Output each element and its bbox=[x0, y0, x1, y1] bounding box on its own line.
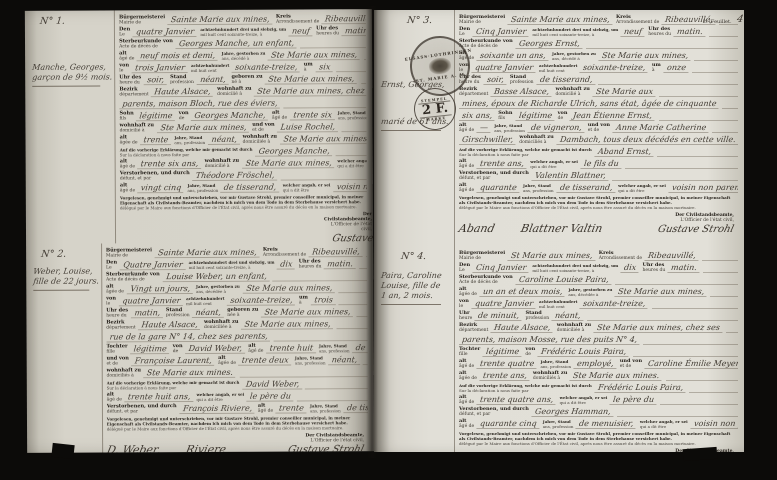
printed-label-french: le bbox=[119, 68, 129, 73]
printed-label-french: heures du bbox=[648, 32, 671, 37]
form-line: vonletrois Janvierachtzehnhundertmil hui… bbox=[119, 61, 366, 73]
printed-label: achtzehnhundert drei und siebzig, ummil … bbox=[200, 28, 286, 37]
printed-label: Sterbeurkunde vonActe de décès de bbox=[106, 272, 160, 282]
printed-label: altâgé de bbox=[120, 183, 135, 193]
form-line: rue de la gare N° 14, chez ses parents, bbox=[106, 330, 367, 342]
printed-label-french: profession bbox=[170, 80, 194, 85]
handwritten-entry: trois bbox=[310, 295, 336, 305]
printed-label: Standprofession bbox=[170, 75, 194, 85]
printed-label: wohnhaft zudomicilié à bbox=[205, 159, 240, 169]
printed-label-french: Acte de décès de bbox=[459, 280, 513, 285]
printed-label-french: âgé de bbox=[120, 188, 135, 193]
record-margin-notes: N° 2.Weber, Louise,fille de 22 jours. bbox=[26, 244, 102, 453]
signature-row: AbandBlattner ValtinDer Civilstandsbeamt… bbox=[459, 213, 738, 235]
witness-signature: D. Weber, bbox=[106, 443, 162, 453]
form-line: altâgé detrente six ans,wohnhaft zudomic… bbox=[120, 157, 367, 169]
handwritten-entry: trente huit ans, bbox=[124, 392, 194, 402]
ruled-line bbox=[689, 383, 738, 393]
witness-signature: Aband bbox=[458, 222, 496, 235]
printed-label: umà bbox=[299, 295, 308, 305]
handwritten-entry: Georges Manche, un enfant, bbox=[175, 38, 297, 49]
death-record: N° 4.Paira, CarolineLouise, fille de1 an… bbox=[374, 246, 744, 452]
handwritten-entry: Vingt un jours, bbox=[126, 284, 193, 294]
printed-label: achtzehnhundert drei und siebzig, ummil … bbox=[189, 261, 275, 270]
officer-signature: Gustave Strohl bbox=[287, 444, 365, 453]
handwritten-entry: Ste Marie aux mines. bbox=[279, 134, 366, 144]
form-line: TochterfillelégitimevondeDavid Weber,alt… bbox=[106, 342, 367, 354]
handwritten-entry: Aband Ernst, bbox=[594, 147, 654, 157]
handwritten-entry: le fils du bbox=[580, 159, 622, 169]
form-line: altâgé desoixante un ans,Jahre, gestorbe… bbox=[459, 50, 738, 61]
sheet-label-text: 2. (Feuillet. bbox=[703, 19, 732, 25]
printed-label: BürgermeistereiMairie de bbox=[459, 251, 505, 261]
printed-label-french: mil huit cent soixante-treize, à bbox=[200, 32, 286, 37]
form-line: DenLeCinq Janvierachtzehnhundert drei un… bbox=[459, 26, 738, 37]
printed-label-french: domiciliée à bbox=[557, 328, 591, 333]
form-line: BürgermeistereiMairie deSainte Marie aux… bbox=[119, 13, 366, 25]
officer-signature-block: Der Civilstandsbeamte,L'Officier de l'ét… bbox=[288, 433, 364, 453]
printed-label: altâgée de bbox=[106, 284, 124, 294]
form-line: altâgé detrente quatreJahre, Standans, p… bbox=[459, 358, 738, 369]
ruled-line bbox=[660, 395, 738, 405]
handwritten-entry: de tisserand, bbox=[221, 183, 281, 193]
ruled-line bbox=[657, 147, 738, 157]
printed-label-french: de bbox=[173, 349, 183, 354]
printed-label: Uhr desheures du bbox=[316, 26, 339, 36]
handwritten-entry: légitime bbox=[483, 347, 523, 357]
handwritten-entry: légitime bbox=[136, 111, 176, 121]
form-line: Auf die vorherige Erklärung, welche mir … bbox=[107, 378, 368, 390]
margin-note-line: garçon de 9½ mois. bbox=[32, 72, 113, 82]
record-form: BürgermeistereiMairie deSainte Marie aux… bbox=[114, 9, 373, 243]
printed-label: Standprofession bbox=[525, 311, 549, 321]
printed-label: achtzehnhundert drei und siebzig, ummil … bbox=[532, 264, 618, 273]
handwritten-entry: de tisserand, bbox=[343, 403, 368, 413]
printed-label: Verstorbenen, und durchdéfunt, et par bbox=[459, 171, 529, 181]
handwritten-entry: Ribeauvillé, bbox=[644, 251, 699, 261]
printed-label: Auf die vorherige Erklärung, welche mir … bbox=[459, 384, 592, 393]
printed-label: KreisArrondissement de bbox=[276, 14, 319, 24]
printed-label-french: qui a dit être bbox=[283, 188, 331, 193]
closing-french: délégué par le Maire aux fonctions d'Off… bbox=[459, 441, 738, 446]
form-line: Uhrheurede minuit,Standprofessionnéant, bbox=[459, 310, 738, 321]
handwritten-entry: néant, bbox=[328, 355, 361, 365]
handwritten-entry: six bbox=[315, 62, 333, 72]
form-line: parents, maison Bloch, rue des éviers, bbox=[119, 97, 366, 109]
printed-label: achtzehnhundert drei und siebzig, ummil … bbox=[532, 28, 618, 37]
printed-label: Jahre, Standans, profession bbox=[523, 184, 554, 193]
record-margin-notes: N° 1.Manche, Georges,garçon de 9½ mois. bbox=[25, 10, 115, 243]
ruled-line bbox=[337, 319, 368, 329]
printed-label-french: heure du bbox=[106, 313, 128, 318]
printed-label: Uhr desheures du bbox=[299, 259, 322, 269]
printed-label: Bezirkdépartement bbox=[106, 320, 135, 330]
ruled-line bbox=[341, 122, 366, 132]
form-line: Verstorbenen, und durchdéfunt, et parGeo… bbox=[459, 406, 738, 417]
margin-note-line: 1 an, 2 mois. bbox=[380, 291, 452, 301]
form-line: altâgé detrente huit ans,welcher angab, … bbox=[107, 390, 368, 402]
printed-label-french: âgée de bbox=[459, 376, 477, 381]
handwritten-entry: trente bbox=[140, 135, 172, 145]
closing-formula: Vorgelesen, genehmigt und unterschrieben… bbox=[120, 194, 367, 210]
ruled-line bbox=[666, 371, 738, 381]
printed-label: und vonet de bbox=[620, 359, 642, 369]
printed-label: altâgé de bbox=[459, 419, 474, 429]
printed-label-french: ans, décédé à bbox=[552, 57, 596, 62]
printed-label: Standprofession bbox=[166, 308, 190, 318]
form-line: six ans,SohnfilslégitimevondeJean Étienn… bbox=[459, 110, 738, 121]
ruled-line bbox=[712, 123, 738, 133]
printed-label-french: fille bbox=[459, 352, 480, 357]
record-number: N° 1. bbox=[31, 16, 112, 26]
printed-label: vonle bbox=[106, 296, 116, 306]
form-line: BezirkdépartementHaute Alsace,wohnhaft z… bbox=[119, 85, 366, 97]
printed-label: Sohnfils bbox=[119, 111, 133, 121]
printed-label: welcher angab, er seiqui a dit être bbox=[530, 160, 578, 169]
printed-label-french: fils bbox=[498, 116, 512, 121]
printed-label: geboren zunée à bbox=[227, 308, 258, 318]
form-line: DenLeCinq Janvierachtzehnhundert drei un… bbox=[459, 262, 738, 273]
printed-label-french: profession bbox=[510, 80, 534, 85]
printed-label-french: ans, profession bbox=[338, 116, 367, 121]
printed-label: Jahre, Standans, profession bbox=[295, 356, 326, 365]
handwritten-entry: trente quatre ans, bbox=[477, 395, 558, 405]
handwritten-entry: Cinq Janvier bbox=[473, 263, 530, 273]
printed-label: Bezirkdépartement bbox=[119, 87, 148, 97]
officer-signature-block: Der Civilstandsbeamte,L'Officier de l'ét… bbox=[324, 212, 372, 244]
printed-label: achtzehnhundertmil huit cent bbox=[539, 64, 577, 73]
printed-label-french: heures du bbox=[316, 31, 339, 36]
ruled-line bbox=[338, 295, 367, 305]
signature-row: D. Weber,RiviereDer Civilstandsbeamte,L'… bbox=[107, 433, 368, 453]
printed-label: altâgé de bbox=[272, 111, 287, 121]
printed-label: Jahre, Standans, profession bbox=[338, 111, 367, 120]
handwritten-entry: Ste Marie aux mines, bbox=[156, 123, 249, 133]
printed-label: altâgée de bbox=[218, 356, 236, 366]
printed-label-french: Le bbox=[459, 32, 470, 37]
handwritten-entry: St Marie aux mines, bbox=[508, 251, 597, 261]
printed-label-french: de bbox=[179, 116, 189, 121]
printed-label: welcher angab, er seiqui a dit être bbox=[196, 393, 244, 402]
handwritten-entry: mines, époux de Richarde Ulrich, sans ét… bbox=[459, 99, 720, 109]
form-line: BürgermeistereiMairie deSainte Marie aux… bbox=[106, 246, 367, 258]
record-number: N° 4. bbox=[380, 252, 452, 262]
printed-label: Tochterfille bbox=[459, 347, 480, 357]
handwritten-entry: neuf bbox=[621, 27, 646, 37]
handwritten-entry: Haute Alsace, bbox=[151, 87, 215, 97]
handwritten-entry: un an et deux mois, bbox=[479, 287, 566, 297]
printed-label: achtzehnhundertmil huit cent bbox=[191, 64, 229, 73]
printed-label-french: domiciliée à bbox=[243, 140, 277, 145]
handwritten-entry: soixante-treize, bbox=[580, 299, 650, 309]
handwritten-entry: soixante un ans, bbox=[477, 51, 550, 61]
form-line: vonlequatre Janvierachtzehnhundertmil hu… bbox=[459, 62, 738, 73]
margin-rule bbox=[381, 304, 441, 305]
printed-label-french: Mairie de bbox=[459, 256, 505, 261]
handwritten-entry: Ste Marie aux mines, bbox=[261, 307, 354, 317]
handwritten-entry: trente ans, bbox=[477, 159, 528, 169]
closing-german: Vorgelesen, genehmigt und unterschrieben… bbox=[459, 431, 738, 441]
printed-label: wohnhaft zudomicilié à bbox=[217, 87, 252, 97]
handwritten-entry: Louise Weber, un enfant, bbox=[162, 272, 270, 283]
handwritten-entry: matin. bbox=[324, 259, 357, 269]
printed-label: KreisArrondissement de bbox=[263, 247, 306, 257]
handwritten-entry: Ste Marie aux mines, bbox=[241, 319, 334, 329]
printed-label-french: Mairie de bbox=[459, 20, 505, 25]
ruled-line bbox=[297, 391, 368, 401]
printed-label-french: âgé de bbox=[459, 188, 474, 193]
handwritten-entry: neuf bbox=[289, 26, 314, 36]
form-line: mines, époux de Richarde Ulrich, sans ét… bbox=[459, 98, 738, 109]
printed-label-french: heures du bbox=[299, 264, 322, 269]
printed-label: welcher angab, er seiqui a dit être bbox=[560, 396, 608, 405]
handwritten-entry: François Riviere, bbox=[179, 404, 255, 414]
margin-rule bbox=[33, 290, 89, 291]
printed-label-french: ans, profession bbox=[543, 425, 574, 430]
witness-signature: Blattner Valtin bbox=[519, 222, 603, 235]
handwritten-entry: Georges Manche, bbox=[255, 146, 333, 156]
printed-label-french: domicilié à bbox=[205, 164, 239, 169]
ruled-line bbox=[703, 263, 738, 273]
form-line: Uhr desheure dumatin,Standprofessionnéan… bbox=[106, 306, 367, 318]
printed-label-french: domiciliés à bbox=[533, 376, 567, 381]
closing-german: Vorgelesen, genehmigt und unterschrieben… bbox=[459, 195, 738, 205]
printed-label: altâgé de bbox=[459, 359, 474, 369]
printed-label-french: ans, profession bbox=[174, 140, 205, 145]
handwritten-entry: Ste Marie aux mines. bbox=[143, 368, 236, 378]
ruled-line bbox=[710, 287, 738, 297]
printed-label: Uhr desheures du bbox=[648, 27, 671, 37]
handwritten-entry: Ste Marie aux mines, bbox=[615, 287, 708, 297]
form-line: altâgée deun an et deux mois,Jahre, gest… bbox=[459, 286, 738, 297]
printed-label: und vonet de bbox=[252, 123, 274, 133]
printed-label: BürgermeistereiMairie de bbox=[119, 15, 165, 25]
form-line: Sterbeurkunde vonActe de décès deGeorges… bbox=[119, 37, 366, 49]
form-line: Auf die vorherige Erklärung, welche mir … bbox=[459, 146, 738, 157]
handwritten-entry: Ste Marie aux mines, bbox=[598, 51, 691, 61]
handwritten-entry: parents, maison Mosse, rue des puits N° … bbox=[459, 335, 641, 345]
handwritten-entry: soir, bbox=[483, 75, 507, 85]
printed-label: geboren zuné à bbox=[231, 75, 262, 85]
printed-label: Sohnfils bbox=[498, 111, 512, 121]
ruled-line bbox=[633, 347, 738, 357]
handwritten-entry: trente six bbox=[290, 110, 336, 120]
printed-label-french: qui a dit être bbox=[196, 397, 244, 402]
printed-label-french: âgé de bbox=[459, 424, 474, 429]
handwritten-entry: Ribeauvillé, bbox=[322, 14, 366, 24]
handwritten-entry: Sainte Marie aux mines, bbox=[155, 248, 261, 259]
printed-label-french: qui a dit être bbox=[640, 425, 688, 430]
handwritten-entry: Sainte Marie aux mines, bbox=[168, 15, 274, 26]
printed-label-french: ans, profession bbox=[310, 409, 341, 414]
printed-label-french: qui a dit être bbox=[337, 164, 366, 169]
handwritten-entry: Frédéric Louis Paira, bbox=[538, 347, 631, 357]
printed-label-french: née à bbox=[227, 313, 258, 318]
ruled-line bbox=[709, 27, 738, 37]
printed-label: DenLe bbox=[459, 27, 470, 37]
printed-label: Jahre, Standans, profession bbox=[494, 124, 525, 133]
printed-label-french: Arrondissement de bbox=[263, 252, 306, 257]
form-line: altâgé deneuf mois et demi,Jahre, gestor… bbox=[119, 49, 366, 61]
form-line: altâgé detrente ans,welcher angab, er se… bbox=[459, 158, 738, 169]
printed-label-french: ans, profession bbox=[540, 365, 571, 370]
printed-label-french: âgé de bbox=[107, 397, 122, 402]
handwritten-entry: Luise Rochel, bbox=[277, 122, 339, 132]
handwritten-entry: Ste Marie aux mines, bbox=[268, 50, 361, 60]
printed-label-french: âgé de bbox=[459, 164, 474, 169]
handwritten-entry: trente huit bbox=[266, 343, 317, 353]
printed-label: wohnhaft zudomicilié à bbox=[555, 87, 589, 97]
form-line: vonlequatre Janvierachtzehnhundertmil hu… bbox=[459, 298, 738, 309]
printed-label-french: âgé de bbox=[459, 400, 474, 405]
printed-label: Standprofession bbox=[510, 75, 534, 85]
printed-label-french: mil huit cent soixante-treize, à bbox=[189, 265, 275, 270]
printed-label: wohnhaft zudomiciliée à bbox=[204, 320, 239, 330]
handwritten-entry: matin, bbox=[130, 308, 163, 318]
ruled-line bbox=[281, 170, 367, 180]
printed-label-french: âgée de bbox=[218, 361, 236, 366]
printed-label: altâgé de bbox=[258, 404, 273, 414]
ruled-line bbox=[338, 283, 367, 293]
printed-label-french: fils bbox=[120, 116, 134, 121]
form-line: Sterbeurkunde vonActe de décès deGeorges… bbox=[459, 38, 738, 49]
printed-label: KreisArrondissement de bbox=[599, 251, 642, 261]
page-left: N° 1.Manche, Georges,garçon de 9½ mois.B… bbox=[25, 9, 374, 453]
scan-artifact bbox=[683, 447, 718, 461]
form-line: BezirkdépartementHaute Alsace,wohnhaft z… bbox=[459, 322, 738, 333]
printed-label: welcher angab, er seiqui a dit être bbox=[640, 420, 688, 429]
ruled-line bbox=[617, 407, 738, 417]
printed-label: altâgé de bbox=[459, 183, 474, 193]
handwritten-entry: rue de la gare N° 14, chez ses parents, bbox=[106, 332, 271, 343]
printed-label-french: Sur la déclaration à nous faite par bbox=[459, 153, 592, 158]
printed-label-french: domiciliés à bbox=[107, 373, 141, 378]
handwritten-entry: Cinq Janvier bbox=[473, 27, 530, 37]
handwritten-entry: parents, maison Bloch, rue des éviers, bbox=[119, 99, 281, 110]
officer-signature: Gustave Strohl bbox=[657, 224, 735, 235]
printed-label-french: défunt, et par bbox=[459, 176, 529, 181]
handwritten-entry: voisin non parent bbox=[333, 182, 367, 192]
printed-label: Auf die vorherige Erklärung, welche mir … bbox=[459, 148, 592, 157]
printed-label: wohnhaft zudomiciliés à bbox=[106, 368, 141, 378]
printed-label: Tochterfille bbox=[106, 344, 127, 354]
printed-label: vonde bbox=[179, 111, 189, 121]
handwritten-entry: Anne Marie Catherine bbox=[612, 123, 709, 133]
handwritten-entry: Caroline Louise Paira, bbox=[515, 275, 612, 285]
form-line: altâgé devingt cinqJahre, Standans, prof… bbox=[120, 181, 367, 193]
handwritten-entry: employé, bbox=[573, 359, 617, 369]
handwritten-entry: David Weber, bbox=[185, 344, 246, 354]
form-line: Verstorbenen, und durchdéfunt, et parThé… bbox=[120, 169, 367, 181]
handwritten-entry: quarante bbox=[477, 183, 521, 193]
printed-label-french: et de bbox=[620, 364, 642, 369]
ruled-line bbox=[586, 39, 738, 49]
officer-label-german: Der Civilstandsbeamte, bbox=[324, 212, 372, 222]
ruled-line bbox=[598, 75, 738, 85]
printed-label-french: domiciliée à bbox=[204, 325, 238, 330]
printed-label-french: heure du bbox=[119, 80, 141, 85]
handwritten-entry: six ans, bbox=[459, 111, 496, 121]
handwritten-entry: quatre Janvier bbox=[471, 299, 536, 309]
printed-label-french: âgé de bbox=[248, 349, 263, 354]
printed-label-french: ans, profession bbox=[523, 189, 554, 194]
printed-label: wohnhaft zudomiciliée à bbox=[243, 135, 278, 145]
record-margin-notes: N° 4.Paira, CarolineLouise, fille de1 an… bbox=[374, 246, 454, 452]
printed-label: Sterbeurkunde vonActe de décès de bbox=[459, 275, 513, 285]
printed-label: wohnhaft zudomiciliés à bbox=[533, 371, 567, 381]
officer-label-french: L'Officier de l'état civil, bbox=[658, 218, 734, 223]
record-form: BürgermeistereiMairie deSt Marie aux min… bbox=[454, 246, 744, 452]
form-line: Girschwiller,wohnhaft zudomiciliés àDamb… bbox=[459, 134, 738, 145]
printed-label: Jahre, Standans, profession bbox=[543, 420, 574, 429]
form-line: wohnhaft zudomiciliés àSte Marie aux min… bbox=[106, 366, 367, 378]
printed-label: und vonet de bbox=[106, 356, 128, 366]
form-line: Uhr desheure dusoir,Standprofessionnéant… bbox=[119, 73, 366, 85]
handwritten-entry: — bbox=[477, 123, 492, 133]
printed-label: altâgé de bbox=[119, 51, 134, 61]
printed-label-french: mil huit cent soixante-treize, à bbox=[532, 269, 618, 274]
handwritten-entry: néant, bbox=[207, 135, 240, 145]
form-line: und vonet deFrançoise Laurent,altâgée de… bbox=[106, 354, 367, 366]
printed-label-french: mil huit cent bbox=[186, 301, 224, 306]
handwritten-entry: Sainte Marie aux mines, bbox=[508, 15, 614, 25]
printed-label-french: Le bbox=[119, 32, 130, 37]
printed-label: DenLe bbox=[119, 27, 130, 37]
handwritten-entry: voisin non parent bbox=[668, 183, 738, 193]
form-line: Verstorbenen, und durchdéfunt, et parFra… bbox=[107, 402, 368, 414]
witness-signature: Riviere bbox=[185, 443, 228, 453]
printed-label-french: qui a dit être bbox=[530, 165, 578, 170]
printed-label-french: âgé de bbox=[272, 116, 287, 121]
handwritten-entry: Ste Marie aux mines, bbox=[265, 74, 358, 84]
form-line: altâgé dequarante cinqJahre, Standans, p… bbox=[459, 418, 738, 429]
printed-label-french: défunt, et par bbox=[107, 409, 177, 414]
printed-label: BürgermeistereiMairie de bbox=[106, 248, 152, 258]
printed-label: wohnhaft zudomicilié à bbox=[120, 123, 155, 133]
printed-label-french: Acte de décès de bbox=[106, 277, 160, 282]
printed-label-french: âgé de bbox=[459, 128, 474, 133]
printed-label-french: heure bbox=[459, 316, 472, 321]
signature-row: Max Kytter,Charle ChretierDer Civilstand… bbox=[120, 212, 367, 244]
printed-label: Bezirkdépartement bbox=[459, 323, 488, 333]
printed-label-french: Mairie de bbox=[119, 20, 165, 25]
ruled-line bbox=[336, 146, 367, 156]
printed-label: vonde bbox=[173, 344, 183, 354]
handwritten-entry: néant, bbox=[196, 75, 229, 85]
printed-label-french: domicilié à bbox=[120, 128, 154, 133]
printed-label-french: âgé de bbox=[119, 56, 134, 61]
printed-label: vonde bbox=[558, 111, 568, 121]
ruled-line bbox=[643, 335, 738, 345]
printed-label-french: et de bbox=[588, 128, 610, 133]
printed-label: altâgé de bbox=[107, 392, 122, 402]
handwritten-entry: dix bbox=[277, 259, 296, 269]
printed-label: Jahre, gestorben zuans, décédé à bbox=[222, 52, 266, 61]
handwritten-entry: Georges Manche, bbox=[191, 111, 269, 121]
printed-label-french: domicilié à bbox=[555, 92, 589, 97]
printed-label-french: département bbox=[119, 92, 148, 97]
handwritten-entry: de menuisier, bbox=[576, 419, 638, 429]
ruled-line bbox=[612, 171, 738, 181]
scan-artifact bbox=[51, 443, 74, 459]
printed-label: altâgé de bbox=[248, 344, 263, 354]
printed-label-french: âgée de bbox=[106, 289, 124, 294]
form-line: altâgée detrenteJahre, Standans, profess… bbox=[120, 133, 367, 145]
ruled-line bbox=[284, 98, 367, 108]
handwritten-entry: de minuit, bbox=[475, 311, 523, 321]
closing-formula: Vorgelesen, genehmigt und unterschrieben… bbox=[459, 195, 738, 210]
closing-formula: Vorgelesen, genehmigt und unterschrieben… bbox=[459, 431, 738, 446]
